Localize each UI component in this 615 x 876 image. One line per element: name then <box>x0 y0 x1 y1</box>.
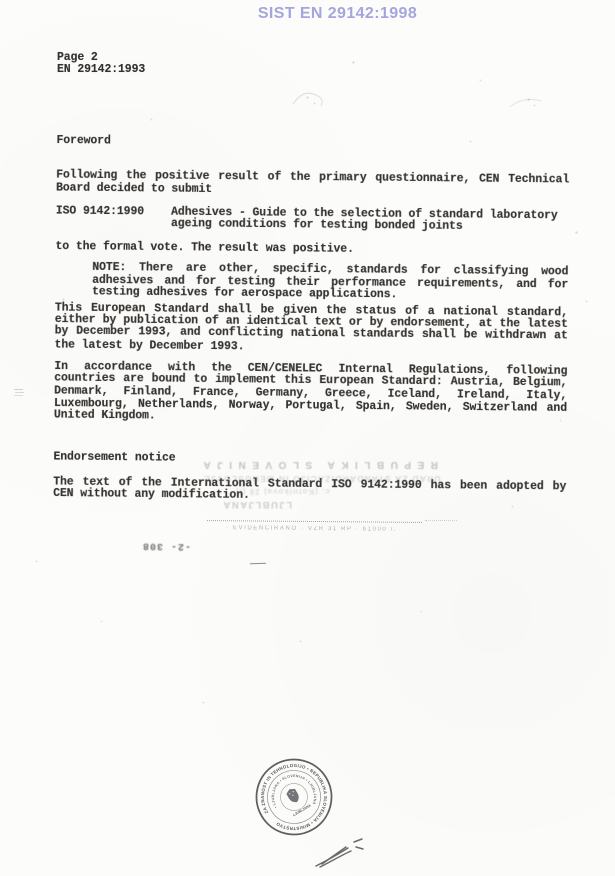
para-iso-reference: ISO 9142:1990 Adhesives - Guide to the s… <box>56 205 569 234</box>
faded-stamp-line: URAD ZA STANDARDIZACIJO IN MEROSLOVJE <box>203 474 441 484</box>
para-national-status: This European Standard shall be given th… <box>55 302 568 356</box>
faded-stamp-line: REPUBLIKA SLOVENIJA <box>197 459 438 470</box>
foreword-heading: Foreword <box>56 135 569 152</box>
note-paragraph: NOTE: There are other, specific, standar… <box>92 262 568 303</box>
scanned-document-page: SIST EN 29142:1998 Page 2 EN 29142:1993 … <box>0 0 615 876</box>
inverted-page-mark: -2- 308 <box>142 540 191 552</box>
margin-smudge <box>14 389 23 390</box>
para-formal-vote: to the formal vote. The result was posit… <box>55 241 568 258</box>
faded-stamp-line: c. (Kotnikova) 28 (I) <box>235 487 330 496</box>
para-formal-vote-line: to the formal vote. The result was posit… <box>55 241 568 258</box>
pen-squiggle <box>308 836 372 872</box>
typewritten-body: ForewordFollowing the positive result of… <box>0 0 615 876</box>
foreword-heading-line: Foreword <box>56 135 569 152</box>
scan-noise-speckles <box>0 0 1 1</box>
ministry-seal: ZA ZNANOST IN TEHNOLOGIJO • REPUBLIKA SL… <box>252 755 336 839</box>
para-questionnaire: Following the positive result of the pri… <box>56 170 569 199</box>
para-cen-cenelec: In accordance with the CEN/CENELEC Inter… <box>54 361 568 427</box>
faded-stamp-line: LJUBLJANA <box>222 499 292 510</box>
